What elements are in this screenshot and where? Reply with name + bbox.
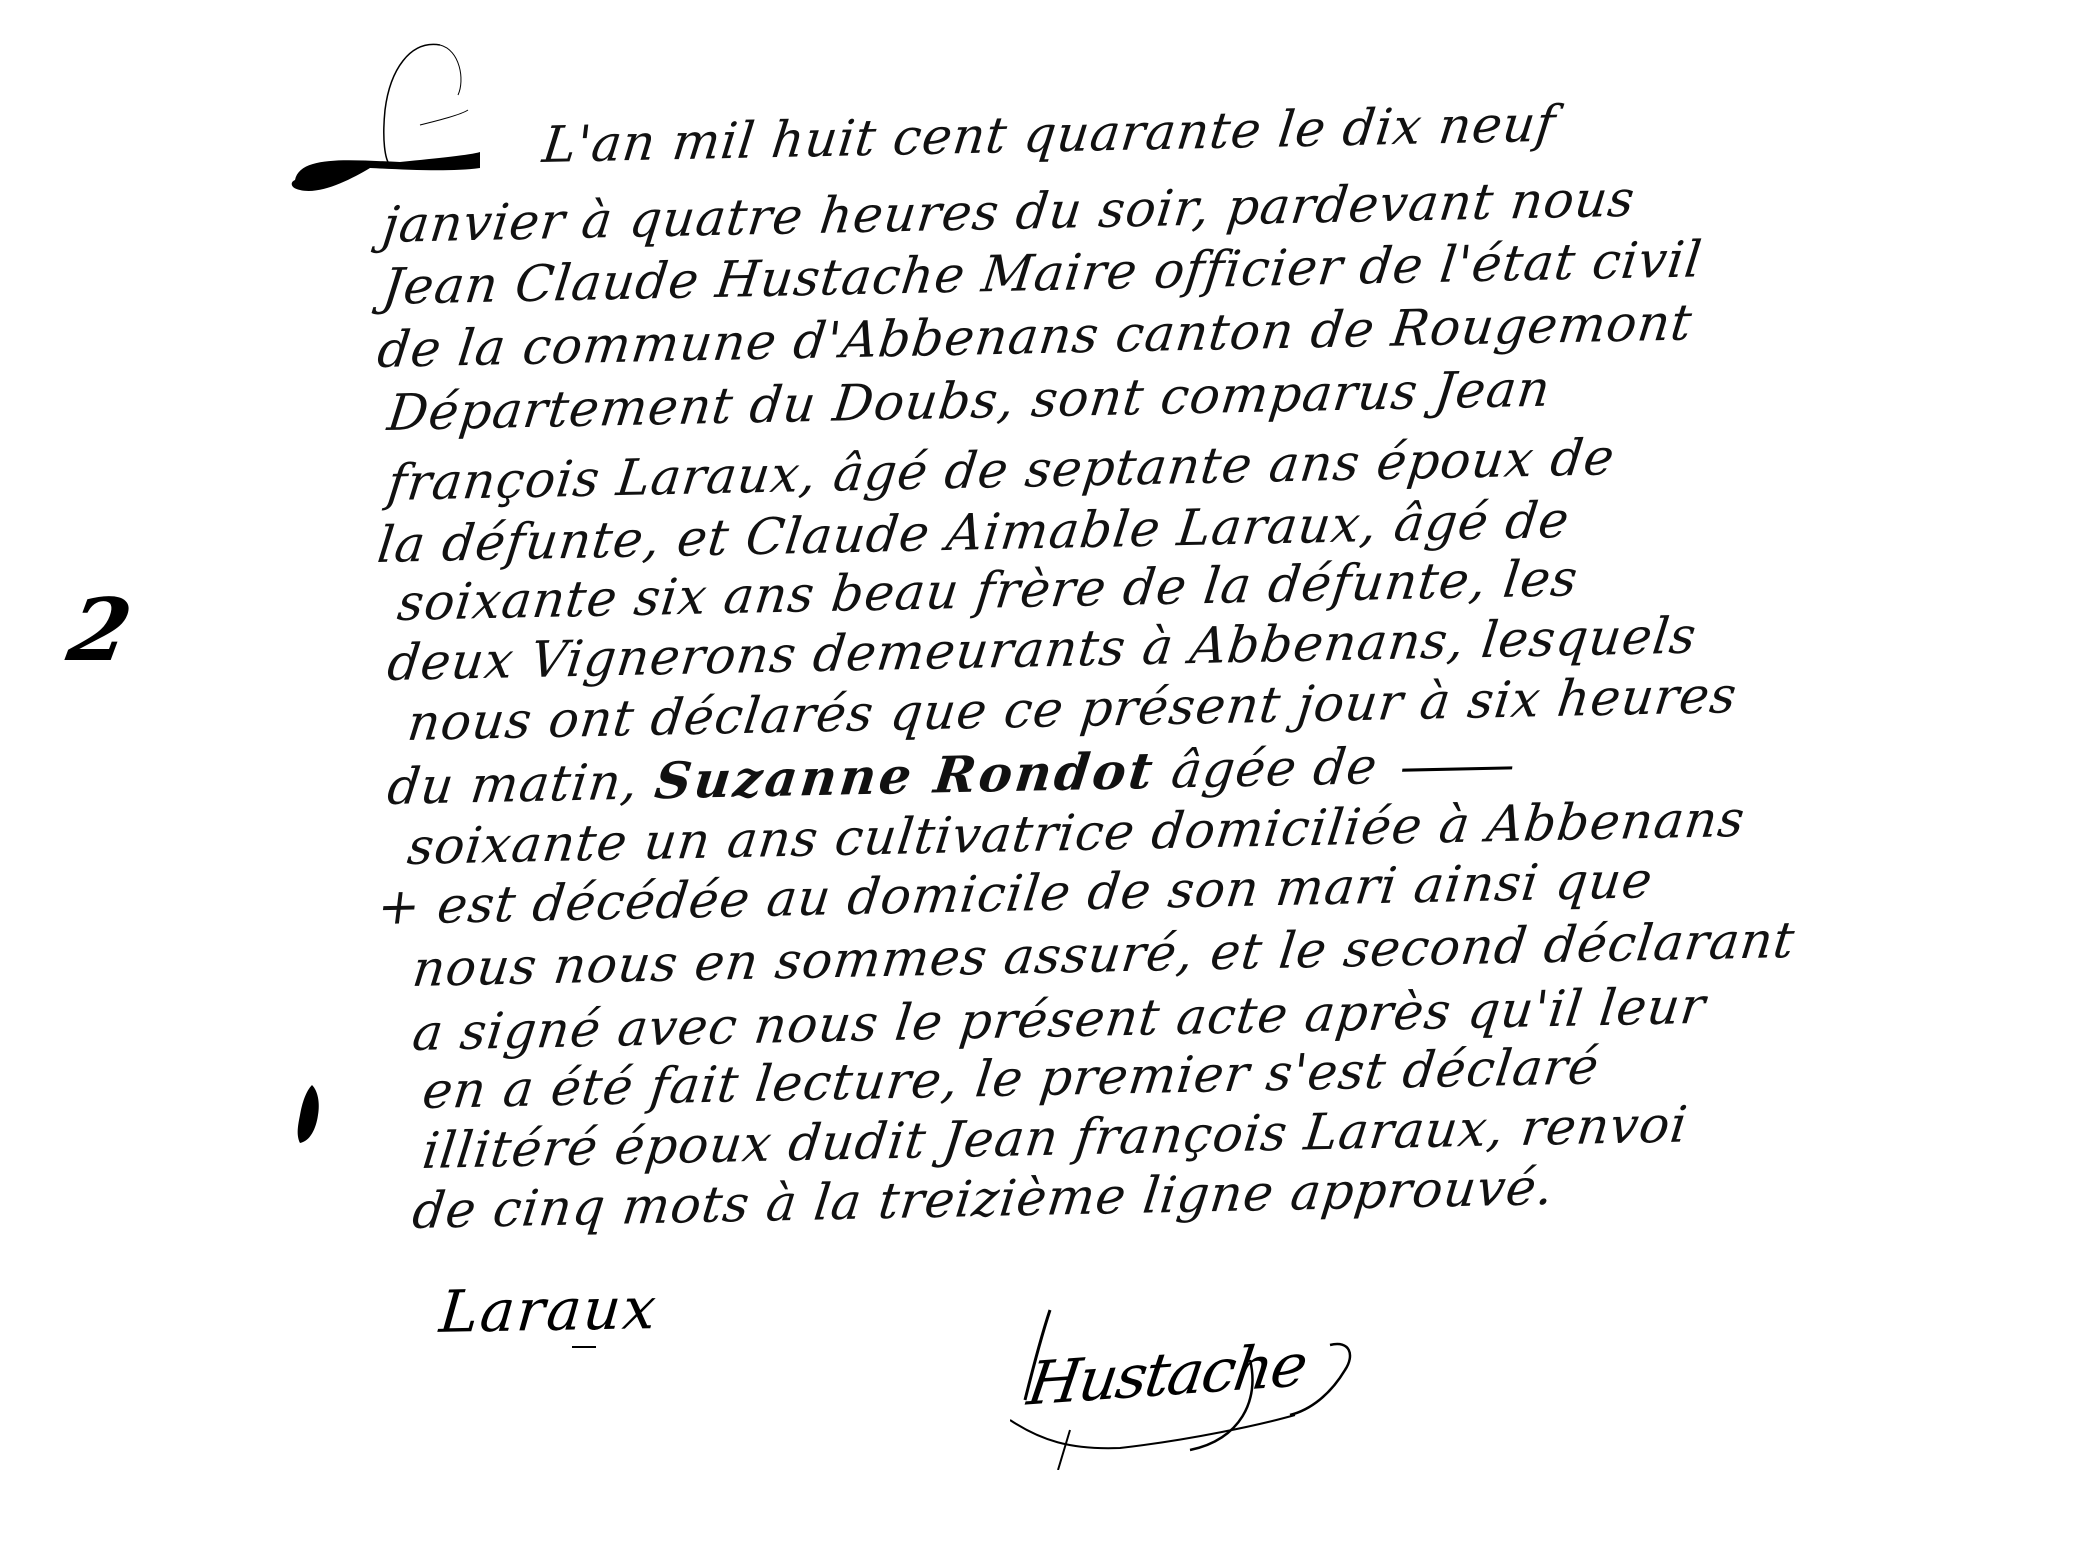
signature-laraux: Laraux xyxy=(437,1274,661,1346)
signature-flourish xyxy=(1010,1300,1430,1470)
decorative-initial-l xyxy=(290,40,530,200)
ink-blot xyxy=(294,1085,324,1145)
margin-entry-number: 2 xyxy=(61,580,139,681)
signature-dash xyxy=(572,1346,596,1348)
text-line-1: L'an mil huit cent quarante le dix neuf xyxy=(540,99,1559,170)
signature-hustache: Hustache xyxy=(1010,1300,1430,1470)
line-filler-dash xyxy=(1402,766,1512,771)
deceased-name: Suzanne Rondot xyxy=(652,741,1159,811)
scanned-document-page: 2 L'an mil huit cent quarante le dix neu… xyxy=(0,0,2094,1553)
